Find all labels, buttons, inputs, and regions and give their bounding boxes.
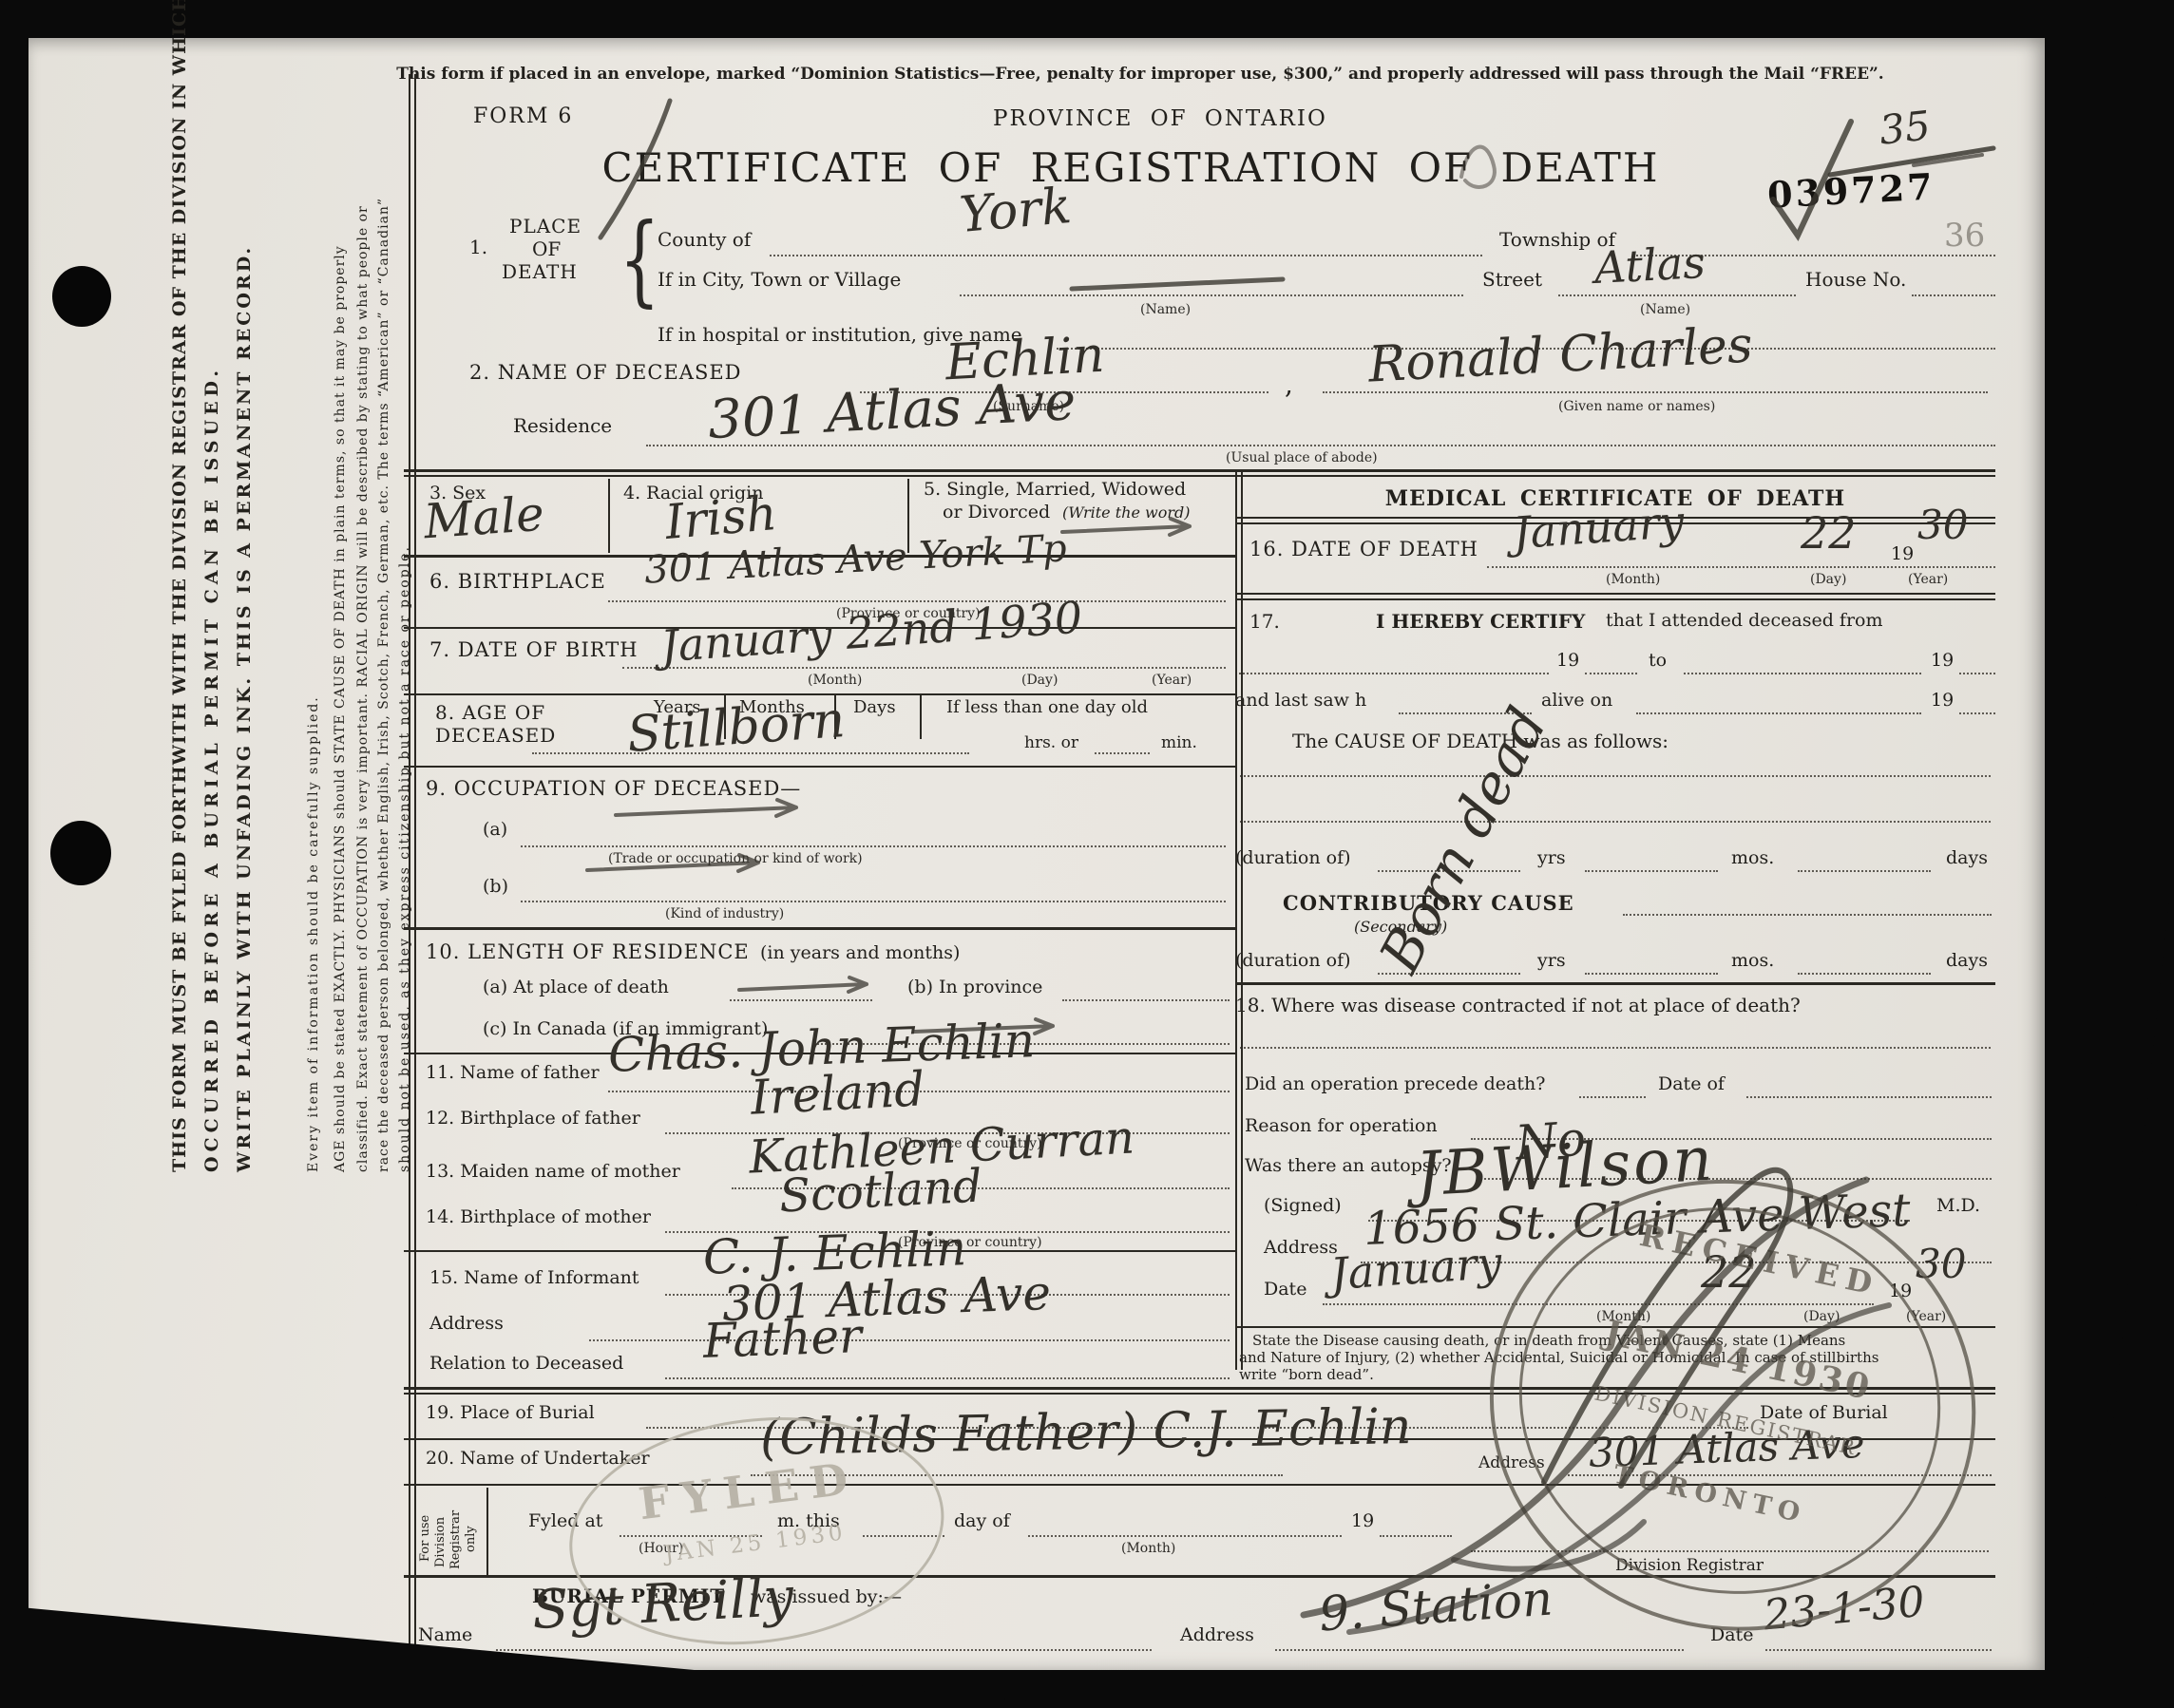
dotted-line	[1684, 673, 1921, 674]
dotted-line	[1798, 973, 1931, 975]
days-unit-label: days	[1946, 847, 1988, 868]
md-label: M.D.	[1936, 1195, 1980, 1216]
days-unit-label: days	[1946, 950, 1988, 971]
operation-label: Did an operation precede death?	[1245, 1073, 1545, 1094]
days-column-label: Days	[853, 697, 896, 717]
dotted-line	[665, 1377, 1230, 1379]
name-sublabel: (Name)	[1140, 302, 1191, 317]
dotted-line	[646, 445, 1995, 446]
length-residence-sublabel: (in years and months)	[760, 942, 960, 963]
dotted-line	[1235, 1047, 1991, 1049]
less-than-one-day-label: If less than one day old	[946, 697, 1148, 717]
year-prefix: 19	[1891, 543, 1914, 564]
day-sublabel: (Day)	[1810, 572, 1846, 587]
mother-birthplace-label: 14. Birthplace of mother	[426, 1206, 651, 1227]
year-sublabel: (Year)	[1152, 673, 1192, 688]
margin-note: race the deceased person belonged, wheth…	[376, 95, 391, 1172]
dotted-line	[521, 845, 1226, 847]
permit-name-label: Name	[418, 1624, 472, 1645]
punch-hole	[52, 266, 111, 327]
hours-label: hrs. or	[1024, 733, 1078, 752]
certificate-date-label: Date	[1264, 1279, 1306, 1300]
year-prefix: 19	[1931, 650, 1954, 671]
date-of-birth-label: 7. DATE OF BIRTH	[429, 638, 639, 661]
dotted-line	[1323, 391, 1988, 393]
residence-label: Residence	[513, 414, 612, 437]
informant-name-label: 15. Name of Informant	[429, 1267, 639, 1288]
registrar-box-label: Registrar	[448, 1486, 463, 1569]
residence-b-label: (b) In province	[907, 977, 1042, 997]
rule	[414, 74, 416, 1662]
signed-label: (Signed)	[1264, 1195, 1342, 1216]
place-of-death-label: DEATH	[502, 260, 578, 283]
violent-causes-note: write “born dead”.	[1239, 1366, 1374, 1383]
rule	[1235, 469, 1237, 1370]
place-of-burial-label: 19. Place of Burial	[426, 1402, 595, 1423]
dotted-line	[1235, 775, 1991, 777]
residence-a-label: (a) At place of death	[483, 977, 669, 997]
margin-note: AGE should be stated EXACTLY. PHYSICIANS…	[333, 104, 348, 1172]
registrar-box-label: only	[464, 1505, 478, 1552]
physician-address-label: Address	[1264, 1237, 1338, 1258]
dotted-line	[1487, 566, 1995, 568]
industry-sublabel: (Kind of industry)	[665, 906, 784, 921]
years-unit-label: yrs	[1537, 847, 1566, 868]
dotted-line	[1746, 1096, 1992, 1098]
day-sublabel: (Day)	[1021, 673, 1058, 688]
street-label: Street	[1482, 268, 1542, 291]
county-label: County of	[658, 228, 751, 251]
disease-contracted-label: 18. Where was disease contracted if not …	[1235, 994, 1801, 1016]
brace-glyph: {	[620, 201, 660, 317]
relation-label: Relation to Deceased	[429, 1353, 623, 1374]
rule	[608, 479, 610, 553]
write-the-word-sublabel: (Write the word)	[1062, 503, 1190, 522]
duration-label: (duration of)	[1235, 950, 1351, 971]
form-number: FORM 6	[473, 104, 573, 128]
margin-instruction: OCCURRED BEFORE A BURIAL PERMIT CAN BE I…	[201, 380, 222, 1172]
dotted-line	[1579, 1096, 1646, 1098]
house-number-label: House No.	[1805, 268, 1906, 291]
abode-sublabel: (Usual place of abode)	[1226, 450, 1378, 465]
dotted-line	[1095, 752, 1150, 754]
rule	[920, 695, 922, 739]
occupation-b-label: (b)	[483, 876, 508, 897]
year-sublabel: (Year)	[1908, 572, 1948, 587]
trade-sublabel: (Trade or occupation or kind of work)	[608, 851, 863, 866]
dotted-line	[1235, 821, 1991, 823]
dotted-line	[1235, 673, 1549, 674]
mother-maiden-label: 13. Maiden name of mother	[426, 1161, 680, 1182]
street-name-sublabel: (Name)	[1640, 302, 1690, 317]
comma-separator: ,	[1285, 369, 1293, 400]
year-prefix: 19	[1931, 690, 1954, 711]
dotted-line	[1959, 673, 1995, 674]
father-birthplace-entry: Ireland	[750, 1061, 926, 1126]
rule	[1235, 598, 1995, 600]
scan-edge	[2033, 855, 2174, 1708]
date-of-death-label: 16. DATE OF DEATH	[1249, 538, 1478, 560]
racial-origin-entry: Irish	[663, 485, 779, 550]
day-of-label: day of	[954, 1510, 1010, 1531]
certificate-title: CERTIFICATE OF REGISTRATION OF DEATH	[513, 144, 1748, 191]
dotted-line	[1380, 1535, 1452, 1537]
month-sublabel: (Month)	[1121, 1541, 1175, 1556]
year-prefix: 19	[1351, 1510, 1374, 1531]
province-heading: PROVINCE OF ONTARIO	[993, 106, 1327, 131]
place-of-death-label: OF	[532, 237, 561, 260]
rule	[486, 1488, 488, 1575]
fee-handwritten: 35	[1878, 102, 1933, 153]
dotted-line	[1912, 294, 1995, 296]
dotted-line	[1585, 973, 1718, 975]
rule	[1241, 469, 1243, 1370]
marital-status-label: 5. Single, Married, Widowed	[924, 479, 1186, 500]
city-town-village-label: If in City, Town or Village	[658, 268, 901, 291]
rule	[404, 475, 1995, 477]
dotted-line	[730, 999, 872, 1001]
mother-birthplace-entry: Scotland	[778, 1159, 983, 1223]
rule	[1235, 593, 1995, 595]
dotted-line	[960, 294, 1463, 296]
certify-label: I HEREBY CERTIFY	[1376, 610, 1585, 633]
dotted-line	[1798, 870, 1931, 872]
fyled-stamp: FYLED JAN 25 1930	[556, 1397, 950, 1660]
father-birthplace-label: 12. Birthplace of father	[426, 1108, 640, 1129]
age-label: 8. AGE OF	[435, 701, 545, 724]
month-sublabel: (Month)	[808, 673, 862, 688]
death-year-entry: 30	[1917, 502, 1968, 548]
occupation-a-label: (a)	[483, 819, 507, 840]
given-names-sublabel: (Given name or names)	[1558, 399, 1715, 414]
county-entry: York	[958, 178, 1074, 244]
faint-number-stamp: 36	[1944, 217, 1985, 255]
death-day-entry: 22	[1801, 507, 1857, 559]
informant-address-label: Address	[429, 1313, 504, 1334]
rule	[404, 927, 1235, 930]
dotted-line	[1636, 712, 1921, 714]
name-of-deceased-label: 2. NAME OF DECEASED	[469, 361, 742, 384]
dotted-line	[521, 901, 1226, 902]
item-17-number: 17.	[1249, 610, 1280, 633]
occupation-label: 9. OCCUPATION OF DECEASED—	[426, 777, 801, 800]
duration-label: (duration of)	[1235, 847, 1351, 868]
dotted-line	[1275, 1649, 1684, 1651]
margin-note: Every item of information should be care…	[306, 399, 321, 1172]
dotted-line	[1959, 712, 1995, 714]
mailing-notice: This form if placed in an envelope, mark…	[285, 65, 1995, 84]
registration-number-stamp: 039727	[1766, 164, 1936, 216]
months-unit-label: mos.	[1731, 950, 1774, 971]
operation-date-label: Date of	[1658, 1073, 1725, 1094]
dotted-line	[1062, 999, 1230, 1001]
place-of-death-label: PLACE	[509, 215, 582, 237]
dotted-line	[1558, 294, 1796, 296]
age-label: DECEASED	[435, 724, 556, 747]
last-saw-alive-label: and last saw h	[1235, 690, 1366, 711]
item-1-number: 1.	[469, 236, 487, 258]
marital-status-label: or Divorced	[943, 502, 1050, 522]
margin-instruction: WRITE PLAINLY WITH UNFADING INK. THIS IS…	[234, 313, 255, 1172]
months-unit-label: mos.	[1731, 847, 1774, 868]
street-entry: Atlas	[1593, 237, 1707, 294]
dotted-line	[1623, 914, 1992, 916]
registrar-box-label: For use	[418, 1493, 432, 1562]
month-sublabel: (Month)	[1606, 572, 1660, 587]
dotted-line	[1028, 1535, 1342, 1537]
dotted-line	[589, 1339, 1230, 1341]
dotted-line	[1585, 673, 1637, 674]
birthplace-label: 6. BIRTHPLACE	[429, 570, 606, 593]
margin-note: classified. Exact statement of OCCUPATIO…	[355, 95, 371, 1172]
certify-label: that I attended deceased from	[1606, 610, 1883, 631]
punch-hole	[50, 821, 111, 885]
father-name-label: 11. Name of father	[426, 1062, 600, 1083]
years-unit-label: yrs	[1537, 950, 1566, 971]
dotted-line	[1585, 870, 1718, 872]
rule	[404, 469, 1995, 472]
rule	[409, 74, 410, 1662]
sex-entry: Male	[422, 486, 545, 550]
length-residence-label: 10. LENGTH OF RESIDENCE	[426, 940, 750, 963]
scanned-death-certificate: { "header": { "notice": "This form if pl…	[0, 0, 2174, 1708]
reason-operation-label: Reason for operation	[1245, 1115, 1438, 1136]
registrar-box-label: Division	[433, 1490, 448, 1567]
to-label: to	[1649, 650, 1667, 671]
relation-entry: Father	[702, 1308, 863, 1369]
minutes-label: min.	[1161, 733, 1197, 752]
margin-instruction: THIS FORM MUST BE FYLED FORTHWITH WITH T…	[169, 78, 190, 1172]
permit-address-label: Address	[1180, 1624, 1254, 1645]
rule	[404, 766, 1235, 768]
dotted-line	[770, 255, 1482, 256]
